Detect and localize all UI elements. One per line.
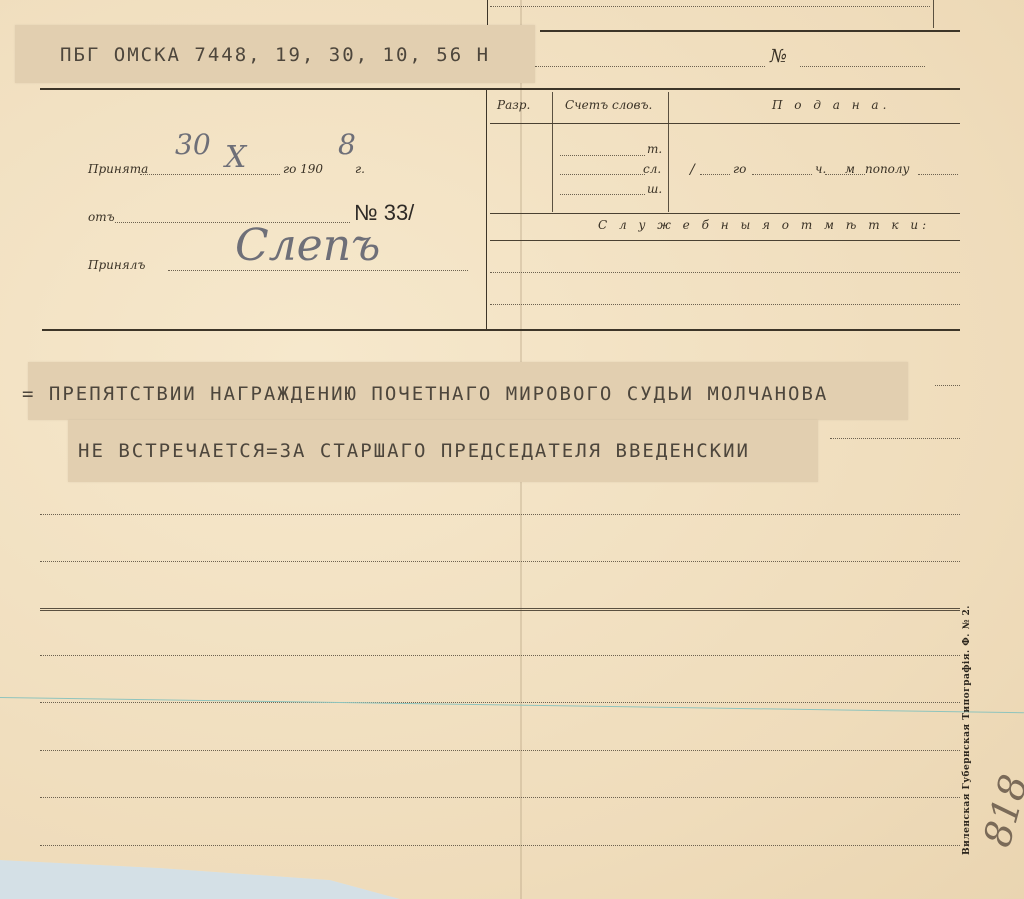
- podana-dotted-1: [700, 174, 730, 175]
- header-tape-text: ПБГ ОМСКА 7448, 19, 30, 10, 56 Н: [60, 44, 490, 66]
- message-line-1: = ПРЕПЯТСТВИИ НАГРАЖДЕНИЮ ПОЧЕТНАГО МИРО…: [22, 383, 828, 405]
- msg-dotted-1: [935, 385, 960, 386]
- service-dotted-2: [490, 304, 960, 305]
- body-dotted-1: [40, 514, 960, 515]
- ot-label: отъ: [88, 210, 115, 224]
- top-right-divider: [933, 0, 934, 28]
- body-dotted-7: [40, 845, 960, 846]
- table-header-rule: [490, 123, 960, 124]
- schet-dotted-1: [560, 155, 645, 156]
- podana-m: м: [845, 162, 855, 176]
- schet-sl: сл.: [643, 162, 661, 176]
- schet-sh: ш.: [647, 182, 662, 196]
- header-top-rule: [540, 30, 960, 32]
- prinyata-dotted: [140, 174, 280, 175]
- form-bottom-rule: [42, 329, 960, 331]
- razr-divider: [552, 92, 553, 212]
- podana-go: го: [733, 162, 746, 176]
- body-dotted-4: [40, 702, 960, 703]
- podana-slash: /: [690, 162, 695, 178]
- service-dotted-1: [490, 272, 960, 273]
- number-dotted-right: [800, 66, 925, 67]
- service-marks-label: С л у ж е б н ы я о т м ѣ т к и:: [598, 218, 930, 232]
- handwritten-year: 8: [338, 128, 356, 161]
- handwritten-signature: Слепъ: [235, 220, 380, 271]
- top-dotted-line: [490, 6, 930, 7]
- number-label: №: [770, 46, 787, 67]
- table-body-rule: [490, 213, 960, 214]
- handwritten-day: 30: [175, 128, 211, 161]
- body-dotted-6: [40, 797, 960, 798]
- schet-dotted-2: [560, 174, 645, 175]
- g-label: г.: [355, 162, 365, 176]
- msg-dotted-2: [830, 438, 960, 439]
- schet-t: т.: [647, 142, 662, 156]
- printer-imprint: Виленская Губернская Типографія. Ф. № 2.: [962, 605, 972, 855]
- col-schet: Счетъ словъ.: [565, 98, 652, 112]
- podana-dotted-2: [752, 174, 812, 175]
- body-dotted-3: [40, 655, 960, 656]
- top-divider: [487, 0, 488, 28]
- body-double-rule: [40, 608, 960, 611]
- handwritten-month: X: [225, 140, 246, 175]
- podana-dotted-4: [918, 174, 958, 175]
- go-label: го 190: [283, 162, 323, 176]
- table-left-border: [486, 90, 487, 330]
- col-razr: Разр.: [497, 98, 530, 112]
- schet-dotted-3: [560, 194, 645, 195]
- body-dotted-2: [40, 561, 960, 562]
- service-marks-rule: [490, 240, 960, 241]
- message-line-2: НЕ ВСТРЕЧАЕТСЯ=ЗА СТАРШАГО ПРЕДСЕДАТЕЛЯ …: [78, 440, 750, 462]
- body-dotted-5: [40, 750, 960, 751]
- podana-popolu: пополу: [865, 162, 910, 176]
- number-dotted-left: [535, 66, 765, 67]
- col-podana: П о д а н а.: [772, 98, 890, 112]
- schet-divider: [668, 92, 669, 212]
- prinyal-label: Принялъ: [88, 258, 145, 272]
- header-bottom-rule: [40, 88, 960, 90]
